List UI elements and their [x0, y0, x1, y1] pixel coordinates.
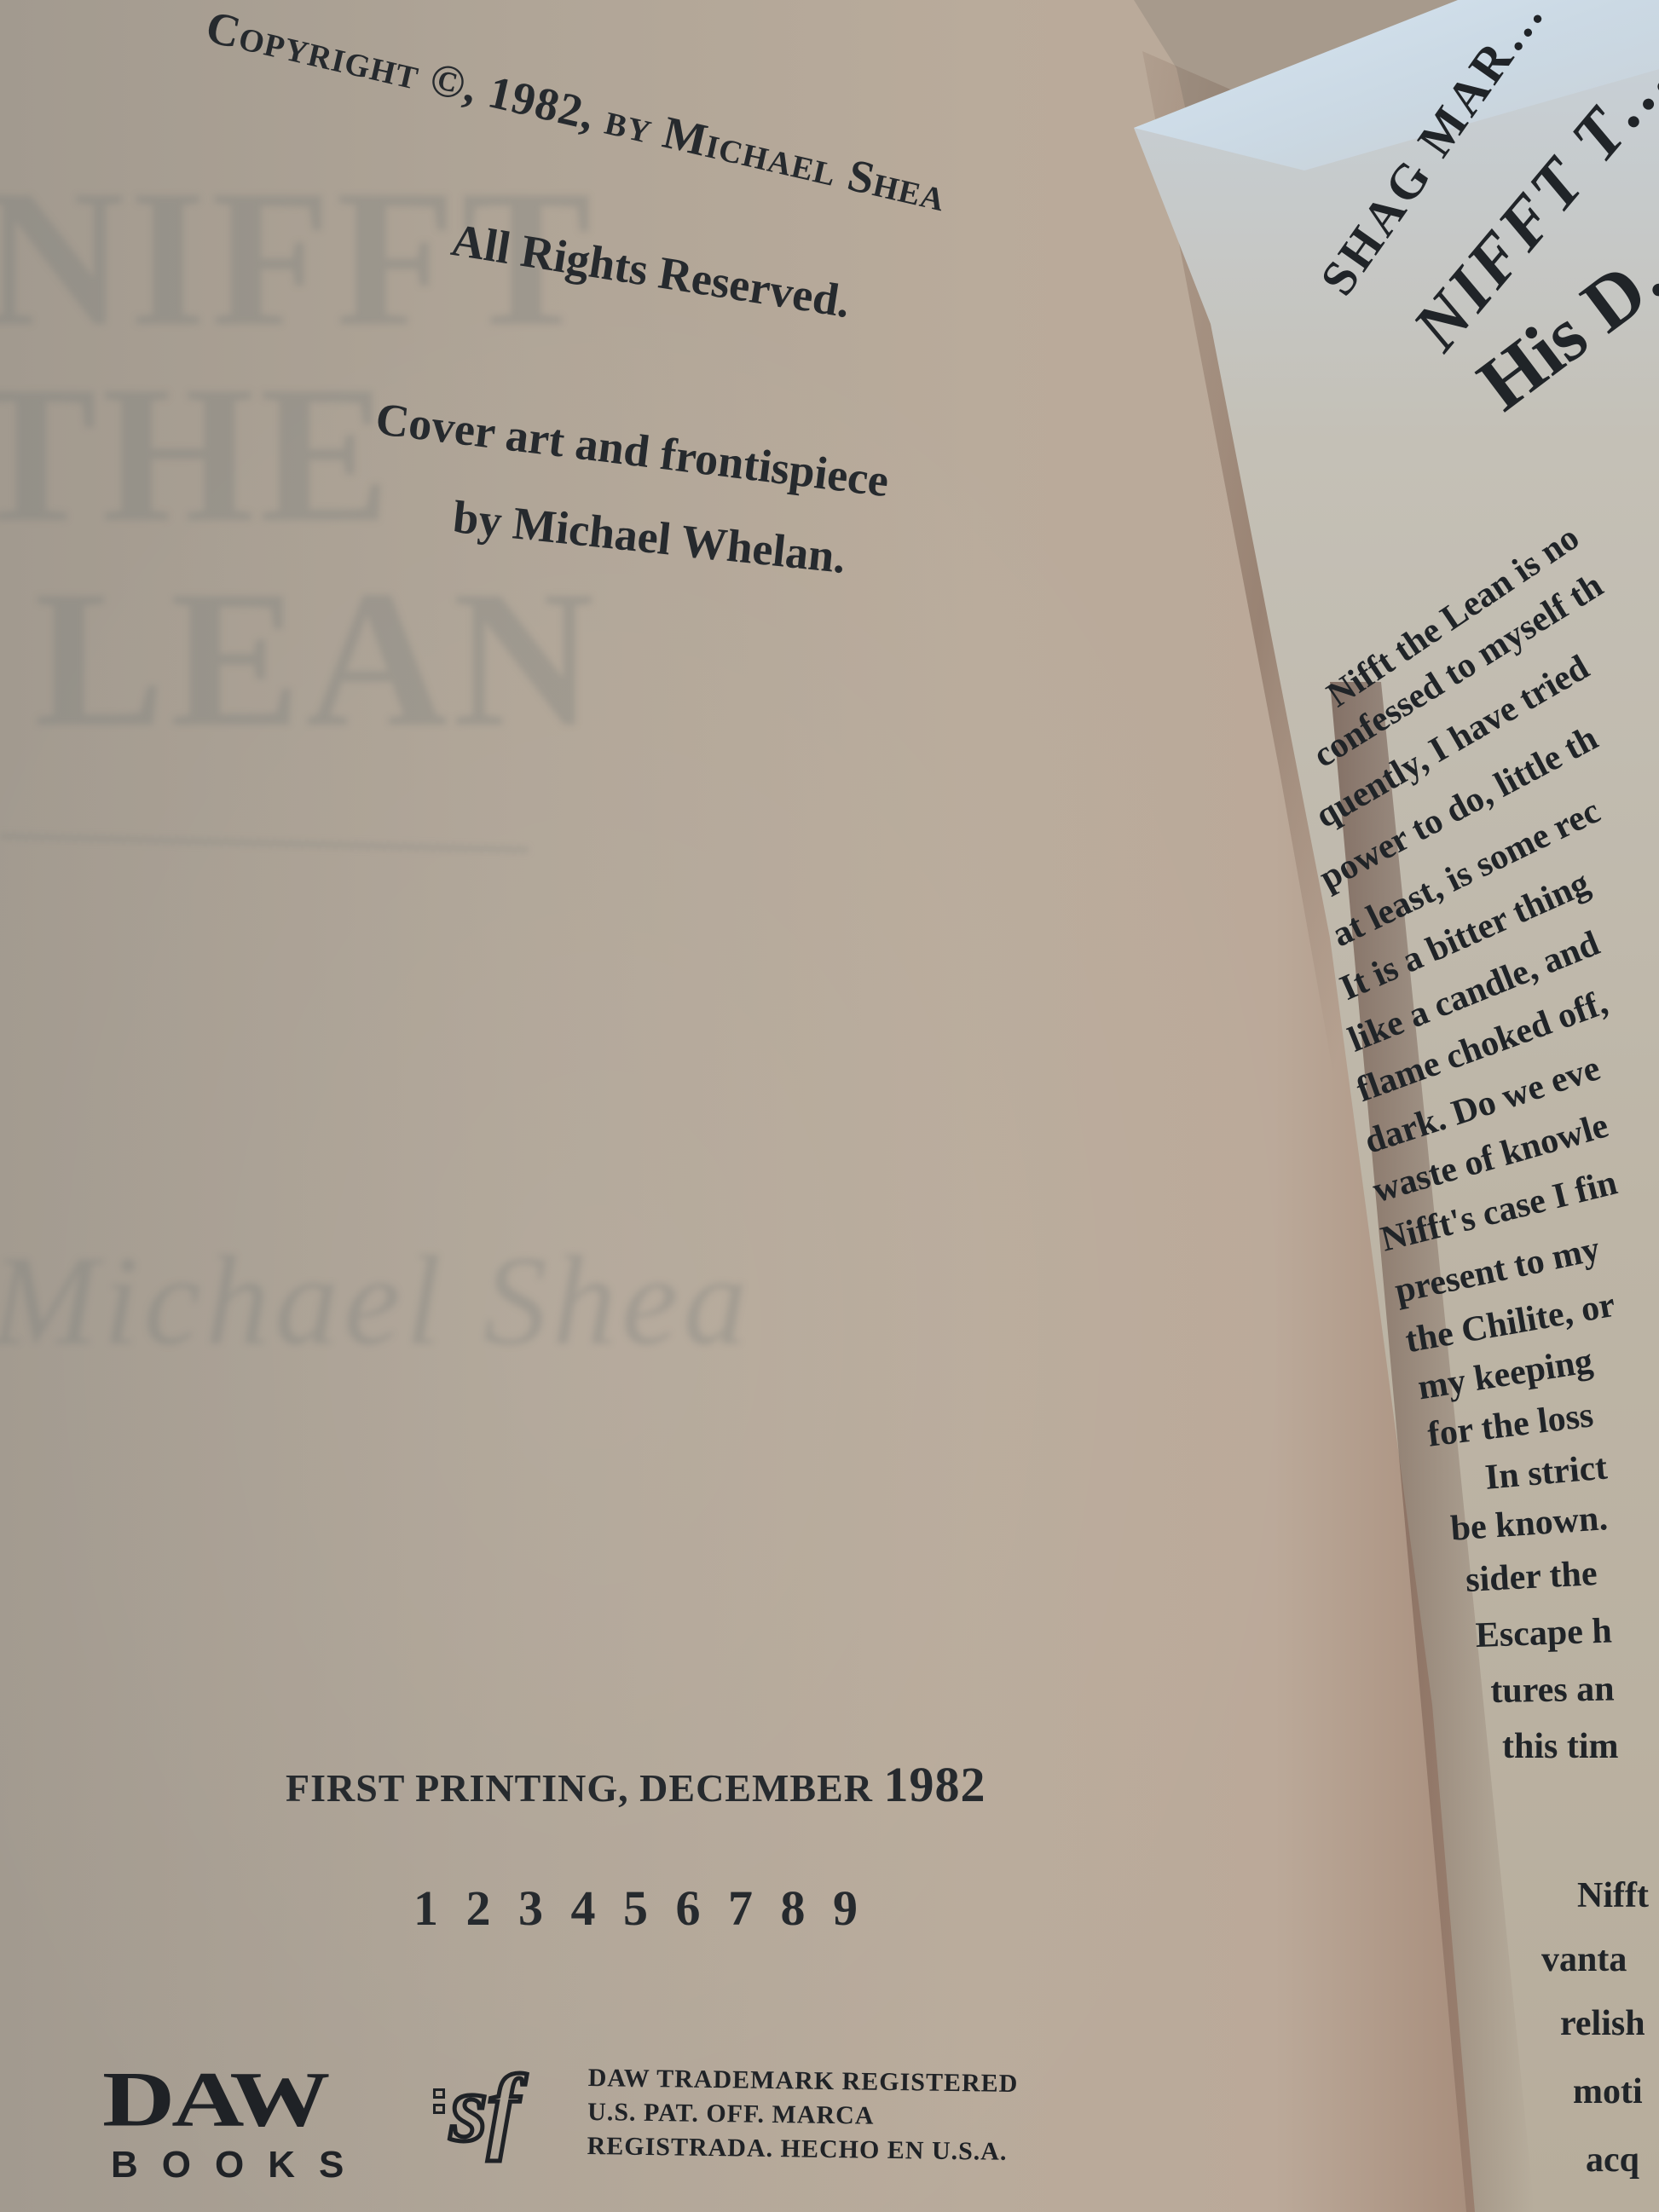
body-line: Nifft	[1577, 1875, 1649, 1916]
daw-logo-word: DAW	[102, 2054, 327, 2145]
bleed-through-rule	[0, 833, 529, 853]
printing-number-line: 1 2 3 4 5 6 7 8 9	[413, 1880, 861, 1937]
daw-logo-dots-icon	[433, 2088, 447, 2133]
cover-art-credit-line-1: Cover art and frontispiece	[373, 392, 891, 507]
bleed-through-author: Michael Shea	[0, 1227, 753, 1374]
body-line: sider the	[1465, 1553, 1598, 1601]
printing-label: FIRST PRINTING, DECEMBER	[286, 1766, 873, 1810]
trademark-line-1: DAW TRADEMARK REGISTERED	[587, 2061, 1018, 2101]
daw-books-logo: DAW sf BOOKS	[102, 2054, 546, 2182]
bleed-through-title-2: THE	[0, 341, 396, 567]
trademark-notice: DAW TRADEMARK REGISTERED U.S. PAT. OFF. …	[587, 2061, 1018, 2169]
body-line: vanta	[1541, 1939, 1627, 1980]
trademark-line-3: REGISTRADA. HECHO EN U.S.A.	[587, 2129, 1017, 2169]
body-line: acq	[1586, 2140, 1639, 2180]
body-line: this tim	[1502, 1726, 1619, 1767]
body-line: relish	[1560, 2003, 1645, 2044]
body-line: tures an	[1490, 1668, 1615, 1712]
printing-year: 1982	[883, 1757, 986, 1812]
bleed-through-title-3: LEAN	[34, 546, 599, 771]
sf-logo-mark: sf	[450, 2054, 519, 2164]
body-line: moti	[1573, 2071, 1643, 2112]
body-line: Escape h	[1475, 1610, 1612, 1656]
printing-edition: FIRST PRINTING, DECEMBER 1982	[286, 1756, 986, 1813]
trademark-line-2: U.S. PAT. OFF. MARCA	[587, 2095, 1018, 2135]
daw-logo-books: BOOKS	[111, 2144, 367, 2186]
